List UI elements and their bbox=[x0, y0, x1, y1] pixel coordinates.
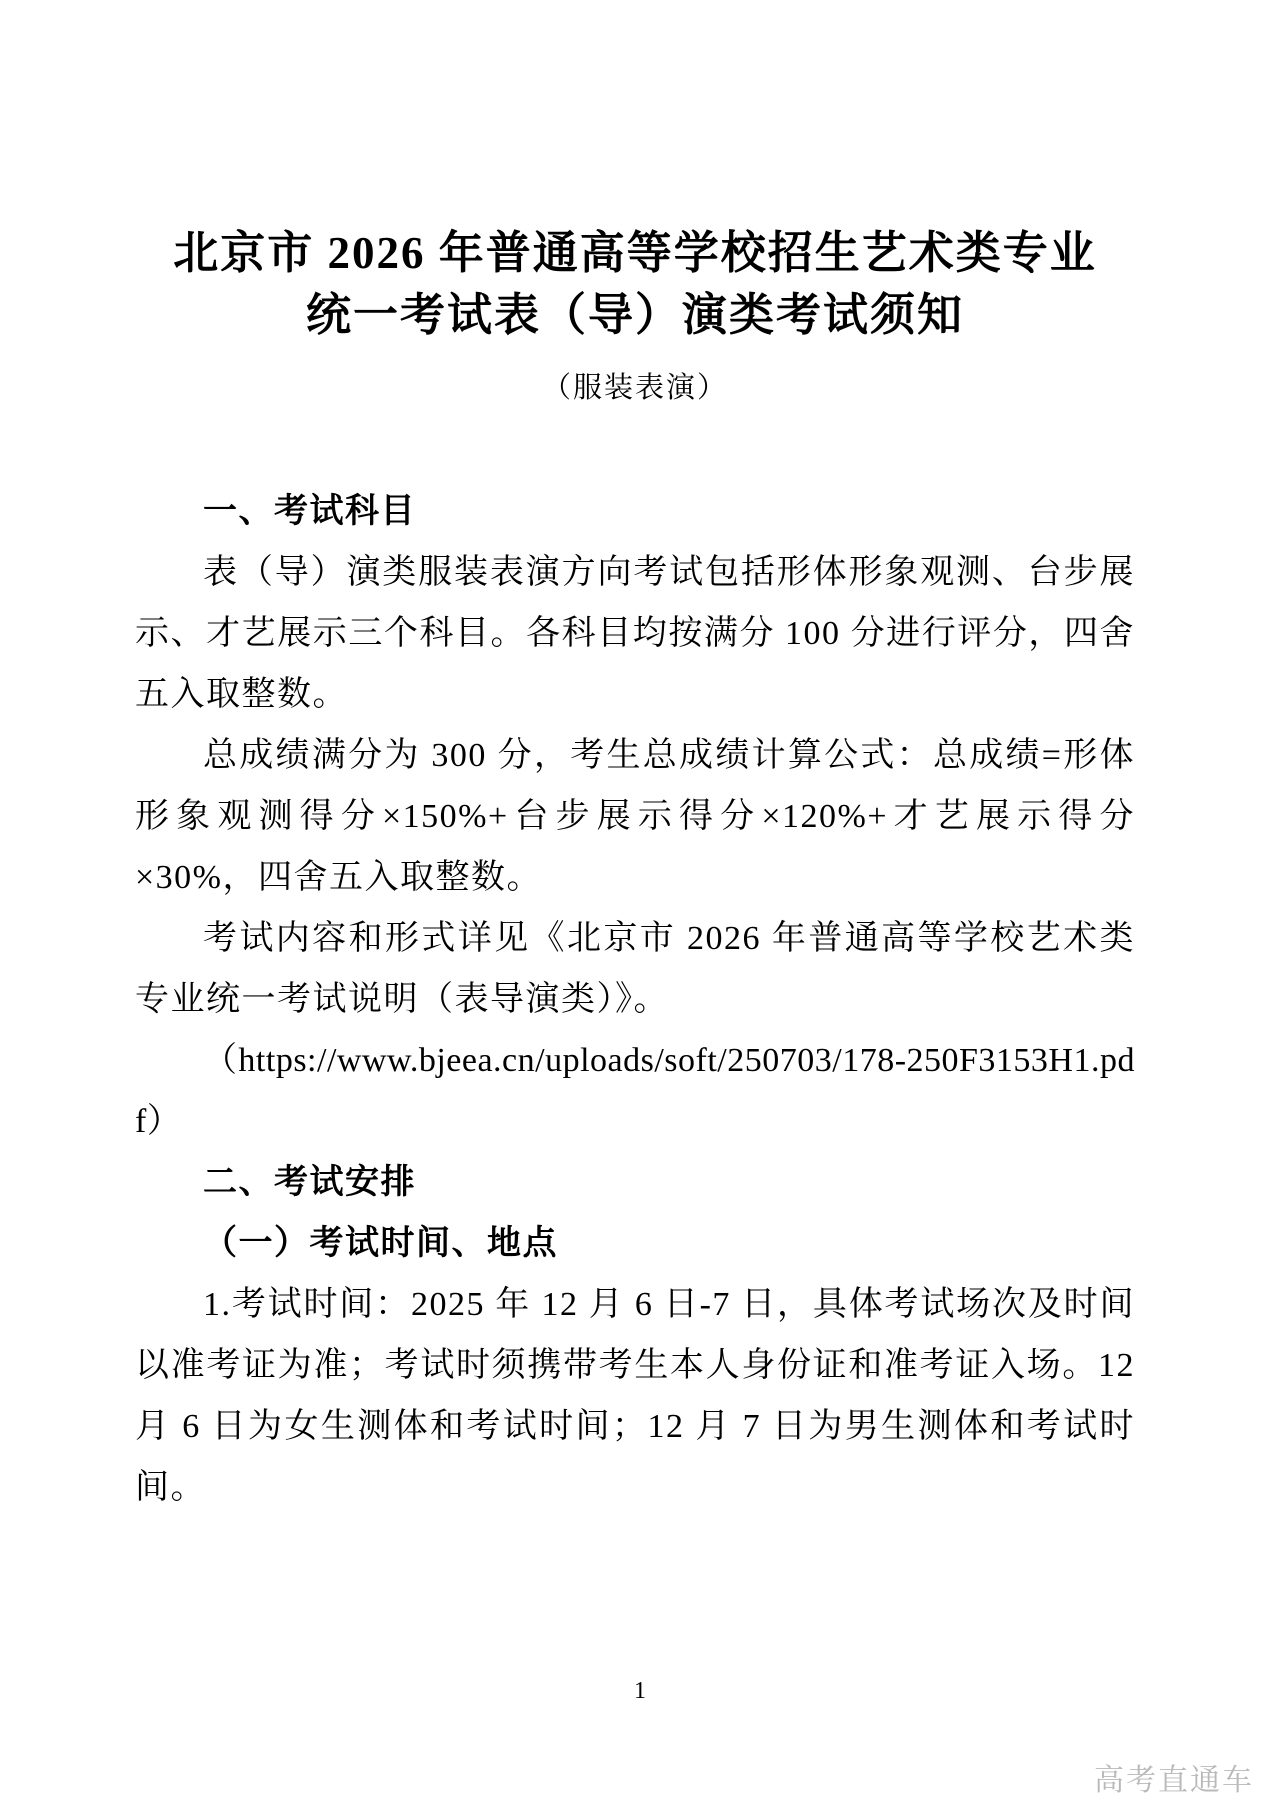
document-title-line-2: 统一考试表（导）演类考试须知 bbox=[135, 284, 1135, 346]
document-content: 北京市 2026 年普通高等学校招生艺术类专业 统一考试表（导）演类考试须知 （… bbox=[0, 222, 1280, 1518]
body-paragraph-score-formula: 总成绩满分为 300 分，考生总成绩计算公式：总成绩=形体形象观测得分×150%… bbox=[135, 725, 1135, 908]
page-number: 1 bbox=[0, 1676, 1280, 1706]
section-heading-exam-arrangement: 二、考试安排 bbox=[135, 1152, 1135, 1213]
document-body: 一、考试科目 表（导）演类服装表演方向考试包括形体形象观测、台步展示、才艺展示三… bbox=[135, 481, 1135, 1518]
body-paragraph-subjects: 表（导）演类服装表演方向考试包括形体形象观测、台步展示、才艺展示三个科目。各科目… bbox=[135, 542, 1135, 725]
body-paragraph-url: （https://www.bjeea.cn/uploads/soft/25070… bbox=[135, 1030, 1135, 1152]
body-paragraph-exam-time: 1.考试时间：2025 年 12 月 6 日-7 日，具体考试场次及时间以准考证… bbox=[135, 1274, 1135, 1518]
document-page: 北京市 2026 年普通高等学校招生艺术类专业 统一考试表（导）演类考试须知 （… bbox=[0, 0, 1280, 1810]
body-paragraph-exam-content-reference: 考试内容和形式详见《北京市 2026 年普通高等学校艺术类专业统一考试说明（表导… bbox=[135, 908, 1135, 1030]
document-title-line-1: 北京市 2026 年普通高等学校招生艺术类专业 bbox=[135, 222, 1135, 284]
subsection-heading-time-location: （一）考试时间、地点 bbox=[135, 1213, 1135, 1274]
watermark: 高考直通车 bbox=[1094, 1763, 1254, 1799]
document-title: 北京市 2026 年普通高等学校招生艺术类专业 统一考试表（导）演类考试须知 bbox=[135, 222, 1135, 346]
section-heading-exam-subjects: 一、考试科目 bbox=[135, 481, 1135, 542]
document-subtitle: （服装表演） bbox=[135, 368, 1135, 408]
